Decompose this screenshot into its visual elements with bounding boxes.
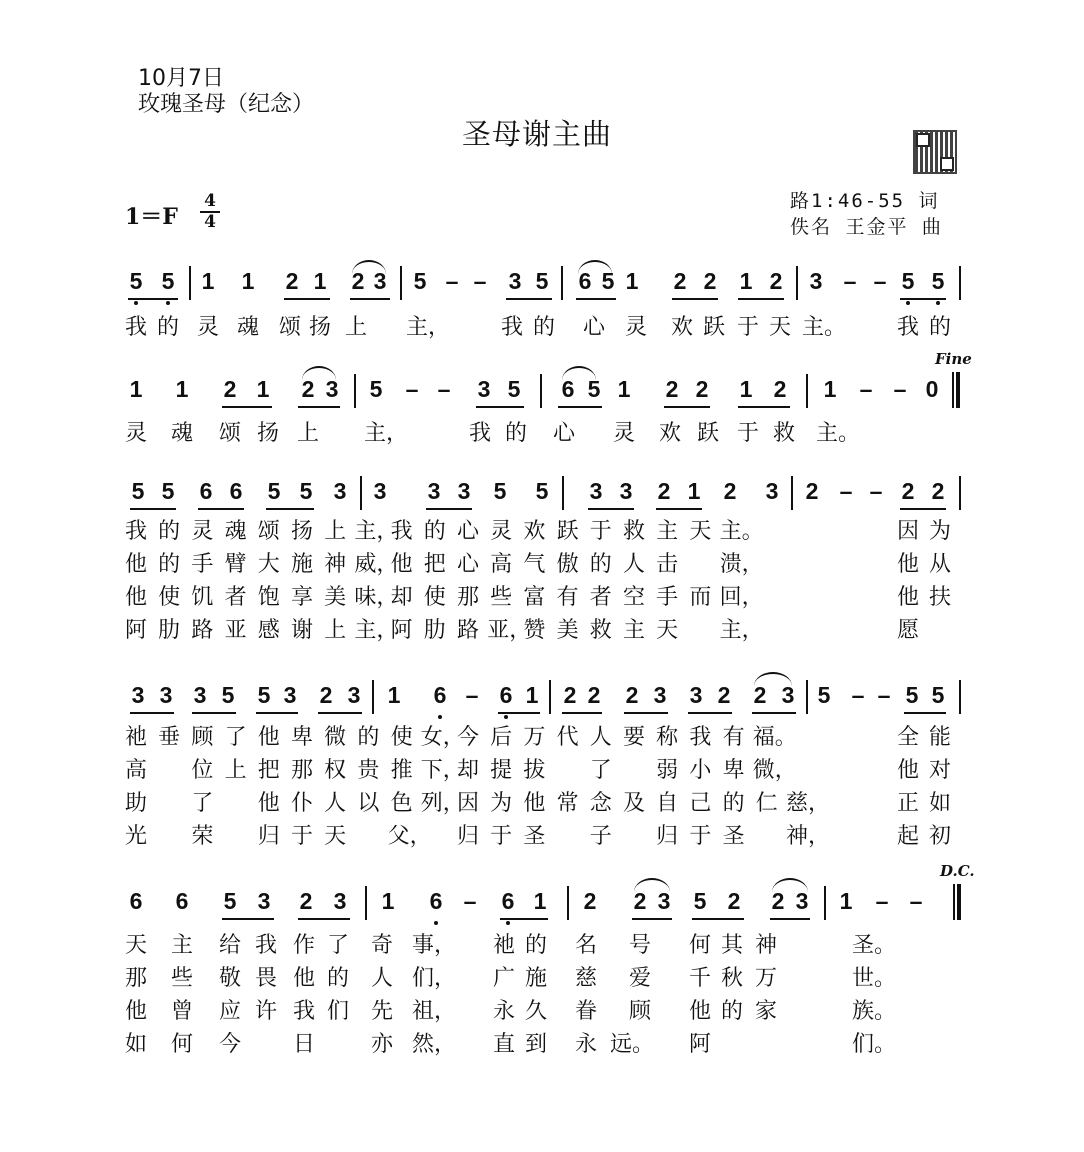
lyric: 万	[520, 720, 548, 751]
lyric: 上	[294, 416, 322, 447]
note: 2	[298, 376, 318, 403]
note: –	[470, 268, 490, 295]
lyric: 有	[720, 720, 748, 751]
lyric: 者	[587, 580, 615, 611]
note: –	[874, 682, 894, 709]
note: 5	[128, 478, 148, 505]
underline	[624, 712, 668, 714]
lyric: 久	[522, 994, 550, 1025]
lyric: 归	[255, 819, 283, 850]
lyric: 远。	[610, 1027, 638, 1058]
lyric: 世。	[852, 961, 880, 992]
note: 3	[654, 888, 674, 915]
note: 5	[898, 268, 918, 295]
song-title: 圣母谢主曲	[462, 112, 612, 153]
lyric: 慈，	[786, 786, 814, 817]
note: 5	[532, 478, 552, 505]
lyric: 欢	[656, 416, 684, 447]
lyric: 施	[288, 547, 316, 578]
note: 1	[172, 376, 192, 403]
lyric: 于	[734, 310, 762, 341]
lyric: 日	[290, 1027, 318, 1058]
underline	[318, 712, 362, 714]
lyric: 了	[188, 786, 216, 817]
lyric: 些	[487, 580, 515, 611]
lyric: 救	[620, 514, 648, 545]
lyric: 他	[122, 994, 150, 1025]
lyric: 顾	[188, 720, 216, 751]
note: –	[460, 888, 480, 915]
note: 2	[622, 682, 642, 709]
lyric: 他	[894, 753, 922, 784]
note: 5	[928, 268, 948, 295]
lyric: 全	[894, 720, 922, 751]
lyric: 天	[766, 310, 794, 341]
lyric: 些	[168, 961, 196, 992]
note: 5	[158, 268, 178, 295]
lyric: 臂	[222, 547, 250, 578]
lyric: 天	[686, 514, 714, 545]
underline	[562, 712, 602, 714]
lyric: 子	[587, 819, 615, 850]
lyric: 主	[168, 928, 196, 959]
barline	[189, 266, 191, 300]
lyric: 家	[752, 994, 780, 1025]
note: 5	[928, 682, 948, 709]
lyric: 人	[620, 547, 648, 578]
note: 1	[384, 682, 404, 709]
lyric: 父，	[388, 819, 416, 850]
note: 3	[778, 682, 798, 709]
lyric: 手	[188, 547, 216, 578]
lyric: 敬	[216, 961, 244, 992]
lyric: 何	[686, 928, 714, 959]
lyric: 灵	[194, 310, 222, 341]
note: 0	[922, 376, 942, 403]
lyric: 他	[122, 580, 150, 611]
lyric: 到	[522, 1027, 550, 1058]
slur	[772, 878, 808, 892]
lyric: 列，	[421, 786, 449, 817]
lyric: 了	[587, 753, 615, 784]
lyric: 的	[155, 514, 183, 545]
slur	[634, 878, 670, 892]
note: –	[866, 478, 886, 505]
note: 5	[584, 376, 604, 403]
note: 6	[558, 376, 578, 403]
lyric: 空	[620, 580, 648, 611]
note: 2	[720, 478, 740, 505]
lyric: 我	[894, 310, 922, 341]
lyric: 颂	[276, 310, 304, 341]
lyric: 后	[487, 720, 515, 751]
lyric: 阿	[388, 613, 416, 644]
note: 3	[586, 478, 606, 505]
lyric: 他	[894, 580, 922, 611]
note: 2	[770, 376, 790, 403]
final-barline	[953, 884, 961, 920]
lyric: 名	[572, 928, 600, 959]
underline	[128, 298, 178, 300]
lyric: 归	[653, 819, 681, 850]
lyric: 圣。	[852, 928, 880, 959]
lyric: 荣	[188, 819, 216, 850]
lyric: 灵	[487, 514, 515, 545]
underline	[738, 406, 790, 408]
lyric: 们	[324, 994, 352, 1025]
note: 2	[220, 376, 240, 403]
lyric: 我	[122, 514, 150, 545]
lyric: 颂	[255, 514, 283, 545]
lyric: 阿	[686, 1027, 714, 1058]
music-credit: 佚名 王金平 曲	[790, 212, 943, 239]
lyric: 于	[734, 416, 762, 447]
lyric: 魂	[168, 416, 196, 447]
note: 3	[330, 478, 350, 505]
lyric: 富	[520, 580, 548, 611]
underline	[298, 918, 350, 920]
lyric: 颂	[216, 416, 244, 447]
lyric: 灵	[188, 514, 216, 545]
underline	[222, 406, 272, 408]
underline	[130, 508, 176, 510]
lyric: 们。	[852, 1027, 880, 1058]
lyric: 许	[252, 994, 280, 1025]
note: 6	[430, 682, 450, 709]
lyric: 威，	[354, 547, 382, 578]
lyric: 他	[388, 547, 416, 578]
lyric: 微	[321, 720, 349, 751]
underline	[558, 406, 602, 408]
underline	[688, 712, 732, 714]
note: 2	[560, 682, 580, 709]
lyric: 垂	[155, 720, 183, 751]
lyric: 跃	[700, 310, 728, 341]
note: 6	[172, 888, 192, 915]
barline	[959, 680, 961, 714]
underline	[738, 298, 784, 300]
lyric: 主，	[720, 613, 748, 644]
note: 5	[532, 268, 552, 295]
lyric: 路	[454, 613, 482, 644]
fine-mark: Fine	[935, 350, 972, 368]
note: 2	[768, 888, 788, 915]
lyric: 上	[342, 310, 370, 341]
note: 5	[902, 682, 922, 709]
lyric: 今	[454, 720, 482, 751]
dc-mark: D.C.	[940, 862, 975, 880]
lyric: 救	[587, 613, 615, 644]
lyric: 人	[368, 961, 396, 992]
lyric: 饥	[188, 580, 216, 611]
note: 3	[254, 888, 274, 915]
lyric: 主，	[354, 514, 382, 545]
lyric: 然，	[412, 1027, 440, 1058]
barline	[806, 374, 808, 408]
underline	[426, 508, 472, 510]
barline	[824, 886, 826, 920]
lyric: 卑	[720, 753, 748, 784]
lyric: 的	[502, 416, 530, 447]
lyric: 美	[554, 613, 582, 644]
note: 1	[522, 682, 542, 709]
note: 5	[264, 478, 284, 505]
lyric: 心	[550, 416, 578, 447]
lyric: 如	[122, 1027, 150, 1058]
lyric: 了	[222, 720, 250, 751]
note: 3	[190, 682, 210, 709]
lyric: 主	[620, 613, 648, 644]
note: 3	[474, 376, 494, 403]
lyric: 直	[490, 1027, 518, 1058]
note: –	[890, 376, 910, 403]
lyric: 使	[421, 580, 449, 611]
note: 5	[126, 268, 146, 295]
lyric: 的	[154, 310, 182, 341]
lyric: 他	[122, 547, 150, 578]
note: 2	[584, 682, 604, 709]
lyric: 上	[321, 514, 349, 545]
lyric: 的	[324, 961, 352, 992]
lyric: 亚，	[487, 613, 515, 644]
note: 3	[330, 888, 350, 915]
lyric: 为	[926, 514, 954, 545]
note: 6	[498, 888, 518, 915]
lyric: 的	[926, 310, 954, 341]
lyric: 畏	[252, 961, 280, 992]
lyric: 女，	[421, 720, 449, 751]
lyric: 从	[926, 547, 954, 578]
lyric: 了	[324, 928, 352, 959]
lyric: 族。	[852, 994, 880, 1025]
lyric: 于	[487, 819, 515, 850]
lyric: 他	[686, 994, 714, 1025]
note: 1	[622, 268, 642, 295]
lyric: 仁	[753, 786, 781, 817]
note: 2	[654, 478, 674, 505]
lyric: 击	[653, 547, 681, 578]
note: 6	[226, 478, 246, 505]
note: 5	[504, 376, 524, 403]
slur	[302, 366, 336, 380]
lyric: 眷	[572, 994, 600, 1025]
lyric: 心	[580, 310, 608, 341]
underline	[900, 508, 946, 510]
lyric: 手	[653, 580, 681, 611]
lyric: 事，	[412, 928, 440, 959]
lyric: 如	[926, 786, 954, 817]
lyric: 小	[686, 753, 714, 784]
lyric: 天	[653, 613, 681, 644]
lyric: 扶	[926, 580, 954, 611]
underline	[500, 918, 548, 920]
lyric: 心	[454, 547, 482, 578]
lyric: 大	[255, 547, 283, 578]
note: 2	[692, 376, 712, 403]
lyric: 阿	[122, 613, 150, 644]
lyric: 要	[620, 720, 648, 751]
underline	[198, 508, 244, 510]
note: 3	[762, 478, 782, 505]
lyric: 者	[222, 580, 250, 611]
lyric: 提	[487, 753, 515, 784]
note: 2	[662, 376, 682, 403]
note: –	[872, 888, 892, 915]
lyric: 路	[188, 613, 216, 644]
lyric: 上	[222, 753, 250, 784]
lyric: 我	[122, 310, 150, 341]
lyric: 祖，	[412, 994, 440, 1025]
barline	[400, 266, 402, 300]
lyric: 人	[321, 786, 349, 817]
lyric: 常	[554, 786, 582, 817]
lyric: 谢	[288, 613, 316, 644]
note: 2	[714, 682, 734, 709]
note: 1	[238, 268, 258, 295]
lyric: 神	[752, 928, 780, 959]
lyric: 高	[487, 547, 515, 578]
lyric: 位	[188, 753, 216, 784]
lyric: 把	[421, 547, 449, 578]
barline	[354, 374, 356, 408]
lyric: 助	[122, 786, 150, 817]
lyric: 亚	[222, 613, 250, 644]
lyric: 代	[554, 720, 582, 751]
note: 1	[378, 888, 398, 915]
note: 2	[630, 888, 650, 915]
note: 2	[296, 888, 316, 915]
lyric: 享	[288, 580, 316, 611]
note: –	[840, 268, 860, 295]
lyric: 于	[587, 514, 615, 545]
note: 1	[530, 888, 550, 915]
note: 1	[126, 376, 146, 403]
lyric: 味，	[354, 580, 382, 611]
note: 3	[424, 478, 444, 505]
lyric: 亦	[368, 1027, 396, 1058]
lyric: 天	[122, 928, 150, 959]
note: 1	[253, 376, 273, 403]
time-signature: 4 4	[200, 193, 220, 231]
lyric: 光	[122, 819, 150, 850]
lyric: 救	[770, 416, 798, 447]
key-signature: 1＝F	[125, 200, 178, 231]
lyric: 使	[155, 580, 183, 611]
lyric: 欢	[520, 514, 548, 545]
lyric: 我	[466, 416, 494, 447]
lyric: 灵	[610, 416, 638, 447]
lyric: 却	[388, 580, 416, 611]
note: 5	[814, 682, 834, 709]
lyric: 们，	[412, 961, 440, 992]
lyric: 及	[620, 786, 648, 817]
lyric: 他	[894, 547, 922, 578]
note: 3	[616, 478, 636, 505]
note: –	[848, 682, 868, 709]
lyric: 应	[216, 994, 244, 1025]
lyric: 主，	[364, 416, 404, 447]
underline	[284, 298, 330, 300]
final-barline	[952, 372, 960, 408]
note: 6	[426, 888, 446, 915]
lyric: 号	[626, 928, 654, 959]
lyric: 他	[255, 786, 283, 817]
lyric: 那	[288, 753, 316, 784]
note: –	[836, 478, 856, 505]
note: 2	[898, 478, 918, 505]
lyric: 上	[321, 613, 349, 644]
lyric: 对	[926, 753, 954, 784]
lyric: 我	[498, 310, 526, 341]
lyric: 念	[587, 786, 615, 817]
note: –	[906, 888, 926, 915]
note: 2	[282, 268, 302, 295]
note: 3	[806, 268, 826, 295]
lyric: 先	[368, 994, 396, 1025]
lyric: 回，	[720, 580, 748, 611]
note: 1	[310, 268, 330, 295]
lyric: 广	[490, 961, 518, 992]
lyric: 灵	[622, 310, 650, 341]
barline	[561, 266, 563, 300]
lyric: 那	[122, 961, 150, 992]
note: 2	[580, 888, 600, 915]
lyric: 我	[388, 514, 416, 545]
lyric: 神	[321, 547, 349, 578]
lyric: 魂	[222, 514, 250, 545]
lyric: 自	[653, 786, 681, 817]
lyric: 的	[587, 547, 615, 578]
note: 5	[366, 376, 386, 403]
lyric: 祂	[122, 720, 150, 751]
barline	[959, 266, 961, 300]
lyric: 祂	[490, 928, 518, 959]
lyric: 能	[926, 720, 954, 751]
lyric: 的	[522, 928, 550, 959]
lyric: 起	[894, 819, 922, 850]
note: 2	[700, 268, 720, 295]
underline	[904, 712, 946, 714]
underline	[256, 712, 298, 714]
note: 6	[196, 478, 216, 505]
note: 3	[322, 376, 342, 403]
qr-code-icon[interactable]	[913, 130, 957, 174]
note: 5	[254, 682, 274, 709]
note: 5	[220, 888, 240, 915]
lyric: 心	[454, 514, 482, 545]
note: 1	[614, 376, 634, 403]
lyric: 的	[354, 720, 382, 751]
lyric: 却	[454, 753, 482, 784]
barline	[540, 374, 542, 408]
lyric: 主，	[406, 310, 446, 341]
note: 3	[650, 682, 670, 709]
lyric: 仆	[288, 786, 316, 817]
lyric: 慈	[572, 961, 600, 992]
barline	[806, 680, 808, 714]
lyric: 为	[487, 786, 515, 817]
lyric: 永	[490, 994, 518, 1025]
note: 1	[836, 888, 856, 915]
note: –	[402, 376, 422, 403]
lyric: 何	[168, 1027, 196, 1058]
slur	[562, 366, 596, 380]
lyric: 贵	[354, 753, 382, 784]
note: 5	[158, 478, 178, 505]
note: 3	[370, 478, 390, 505]
note: 2	[928, 478, 948, 505]
note: –	[442, 268, 462, 295]
